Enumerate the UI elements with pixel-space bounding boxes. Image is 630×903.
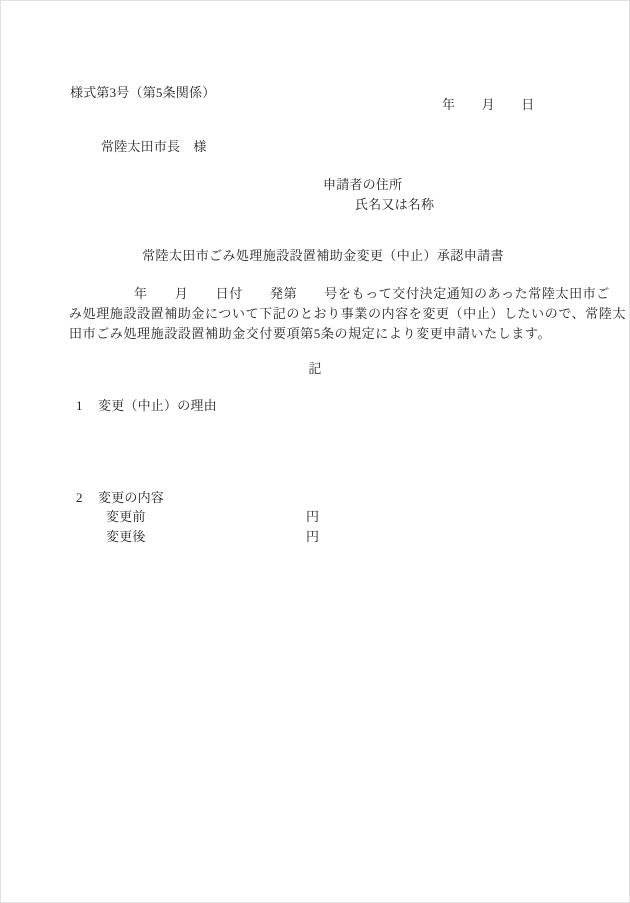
application-form-page: 様式第3号（第5条関係） 年 月 日 常陸太田市長 様 申請者の住所 氏名又は名… bbox=[0, 0, 630, 903]
form-number: 様式第3号（第5条関係） bbox=[70, 86, 215, 101]
section-1-label: 変更（中止）の理由 bbox=[98, 399, 217, 414]
section-1-number: 1 bbox=[76, 399, 83, 414]
change-after-unit: 円 bbox=[306, 530, 319, 545]
document-title: 常陸太田市ごみ処理施設設置補助金変更（中止）承認申請書 bbox=[1, 249, 629, 264]
applicant-name-label: 氏名又は名称 bbox=[355, 198, 434, 213]
ki-marker: 記 bbox=[1, 362, 629, 377]
body-paragraph-line-3: 田市ごみ処理施設設置補助金交付要項第5条の規定により変更申請いたします。 bbox=[69, 327, 551, 342]
change-after-label: 変更後 bbox=[106, 530, 146, 545]
body-paragraph-line-2: み処理施設設置補助金について下記のとおり事業の内容を変更（中止）したいので、常陸… bbox=[69, 307, 626, 322]
change-before-label: 変更前 bbox=[106, 510, 146, 525]
applicant-address-label: 申請者の住所 bbox=[323, 178, 402, 193]
body-paragraph-line-1: 年 月 日付 発第 号をもって交付決定通知のあった常陸太田市ご bbox=[134, 287, 610, 302]
section-2-label: 変更の内容 bbox=[98, 491, 164, 506]
section-2-number: 2 bbox=[76, 491, 83, 506]
addressee: 常陸太田市長 様 bbox=[101, 140, 207, 155]
date-line: 年 月 日 bbox=[442, 98, 534, 113]
change-before-unit: 円 bbox=[306, 510, 319, 525]
